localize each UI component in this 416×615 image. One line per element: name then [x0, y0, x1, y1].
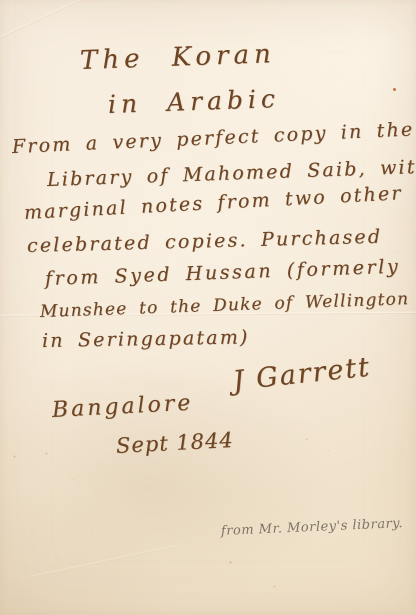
place-line: Bangalore: [51, 391, 194, 423]
manuscript-page: The Koran in Arabic From a very perfect …: [0, 0, 416, 615]
provenance-note: from Mr. Morley's library.: [221, 516, 404, 539]
body-line: From a very perfect copy in the: [12, 118, 415, 158]
body-line: from Syed Hussan (formerly: [45, 256, 401, 290]
bottom-crease: [30, 545, 177, 578]
title-line-2: in Arabic: [107, 84, 280, 119]
body-line: celebrated copies. Purchased: [27, 226, 383, 257]
corner-crease: [0, 0, 143, 46]
vertical-crease: [13, 0, 15, 230]
date-line: Sept 1844: [115, 428, 234, 458]
body-line: Munshee to the Duke of Wellington: [40, 289, 410, 322]
foxing-spots: [393, 88, 396, 91]
signature: J Garrett: [231, 352, 372, 397]
body-line: in Seringapatam): [42, 326, 250, 352]
title-line-1: The Koran: [79, 39, 276, 76]
